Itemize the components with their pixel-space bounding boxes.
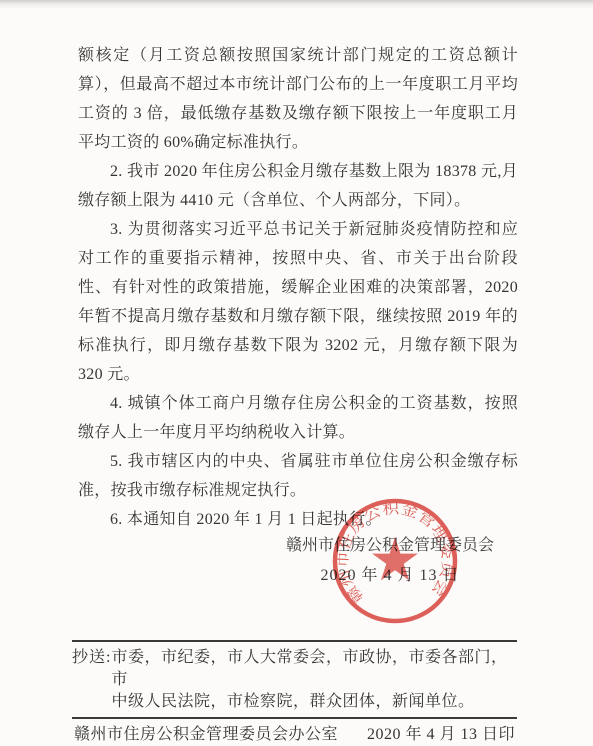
notice-paragraph-3: 3. 为贯彻落实习近平总书记关于新冠肺炎疫情防控和应对工作的重要指示精神，按照中… (78, 215, 518, 389)
document-footer: 抄送: 市委，市纪委，市人大常委会，市政协，市委各部门，市 中级人民法院，市检察… (72, 640, 517, 746)
cc-recipients: 市委，市纪委，市人大常委会，市政协，市委各部门，市 中级人民法院，市检察院，群众… (111, 647, 517, 713)
notice-paragraph-continuation: 额核定（月工资总额按照国家统计部门规定的工资总额计算），但最高不超过本市统计部门… (78, 41, 518, 157)
scan-edge-shadow (0, 0, 593, 9)
print-date: 2020 年 4 月 13 日印 (367, 726, 515, 744)
seal-star-icon (372, 537, 418, 580)
notice-paragraph-4: 4. 城镇个体工商户月缴存住房公积金的工资基数，按照缴存人上一年度月平均纳税收入… (78, 389, 518, 447)
cc-line-1: 市委，市纪委，市人大常委会，市政协，市委各部门，市 (111, 649, 507, 688)
cc-label: 抄送: (72, 647, 111, 669)
official-red-seal: 赣州市住房公积金管理委员会 (315, 481, 475, 641)
notice-body: 额核定（月工资总额按照国家统计部门规定的工资总额计算），但最高不超过本市统计部门… (78, 41, 518, 534)
notice-paragraph-2: 2. 我市 2020 年住房公积金月缴存基数上限为 18378 元,月缴存额上限… (78, 157, 518, 215)
scanned-notice-page: 额核定（月工资总额按照国家统计部门规定的工资总额计算），但最高不超过本市统计部门… (0, 0, 593, 746)
issuer-row: 赣州市住房公积金管理委员会办公室 2020 年 4 月 13 日印 (72, 719, 517, 746)
cc-row: 抄送: 市委，市纪委，市人大常委会，市政协，市委各部门，市 中级人民法院，市检察… (72, 640, 517, 719)
cc-line-2: 中级人民法院，市检察院，群众团体，新闻单位。 (111, 693, 474, 710)
issuer-office-name: 赣州市住房公积金管理委员会办公室 (74, 726, 338, 744)
